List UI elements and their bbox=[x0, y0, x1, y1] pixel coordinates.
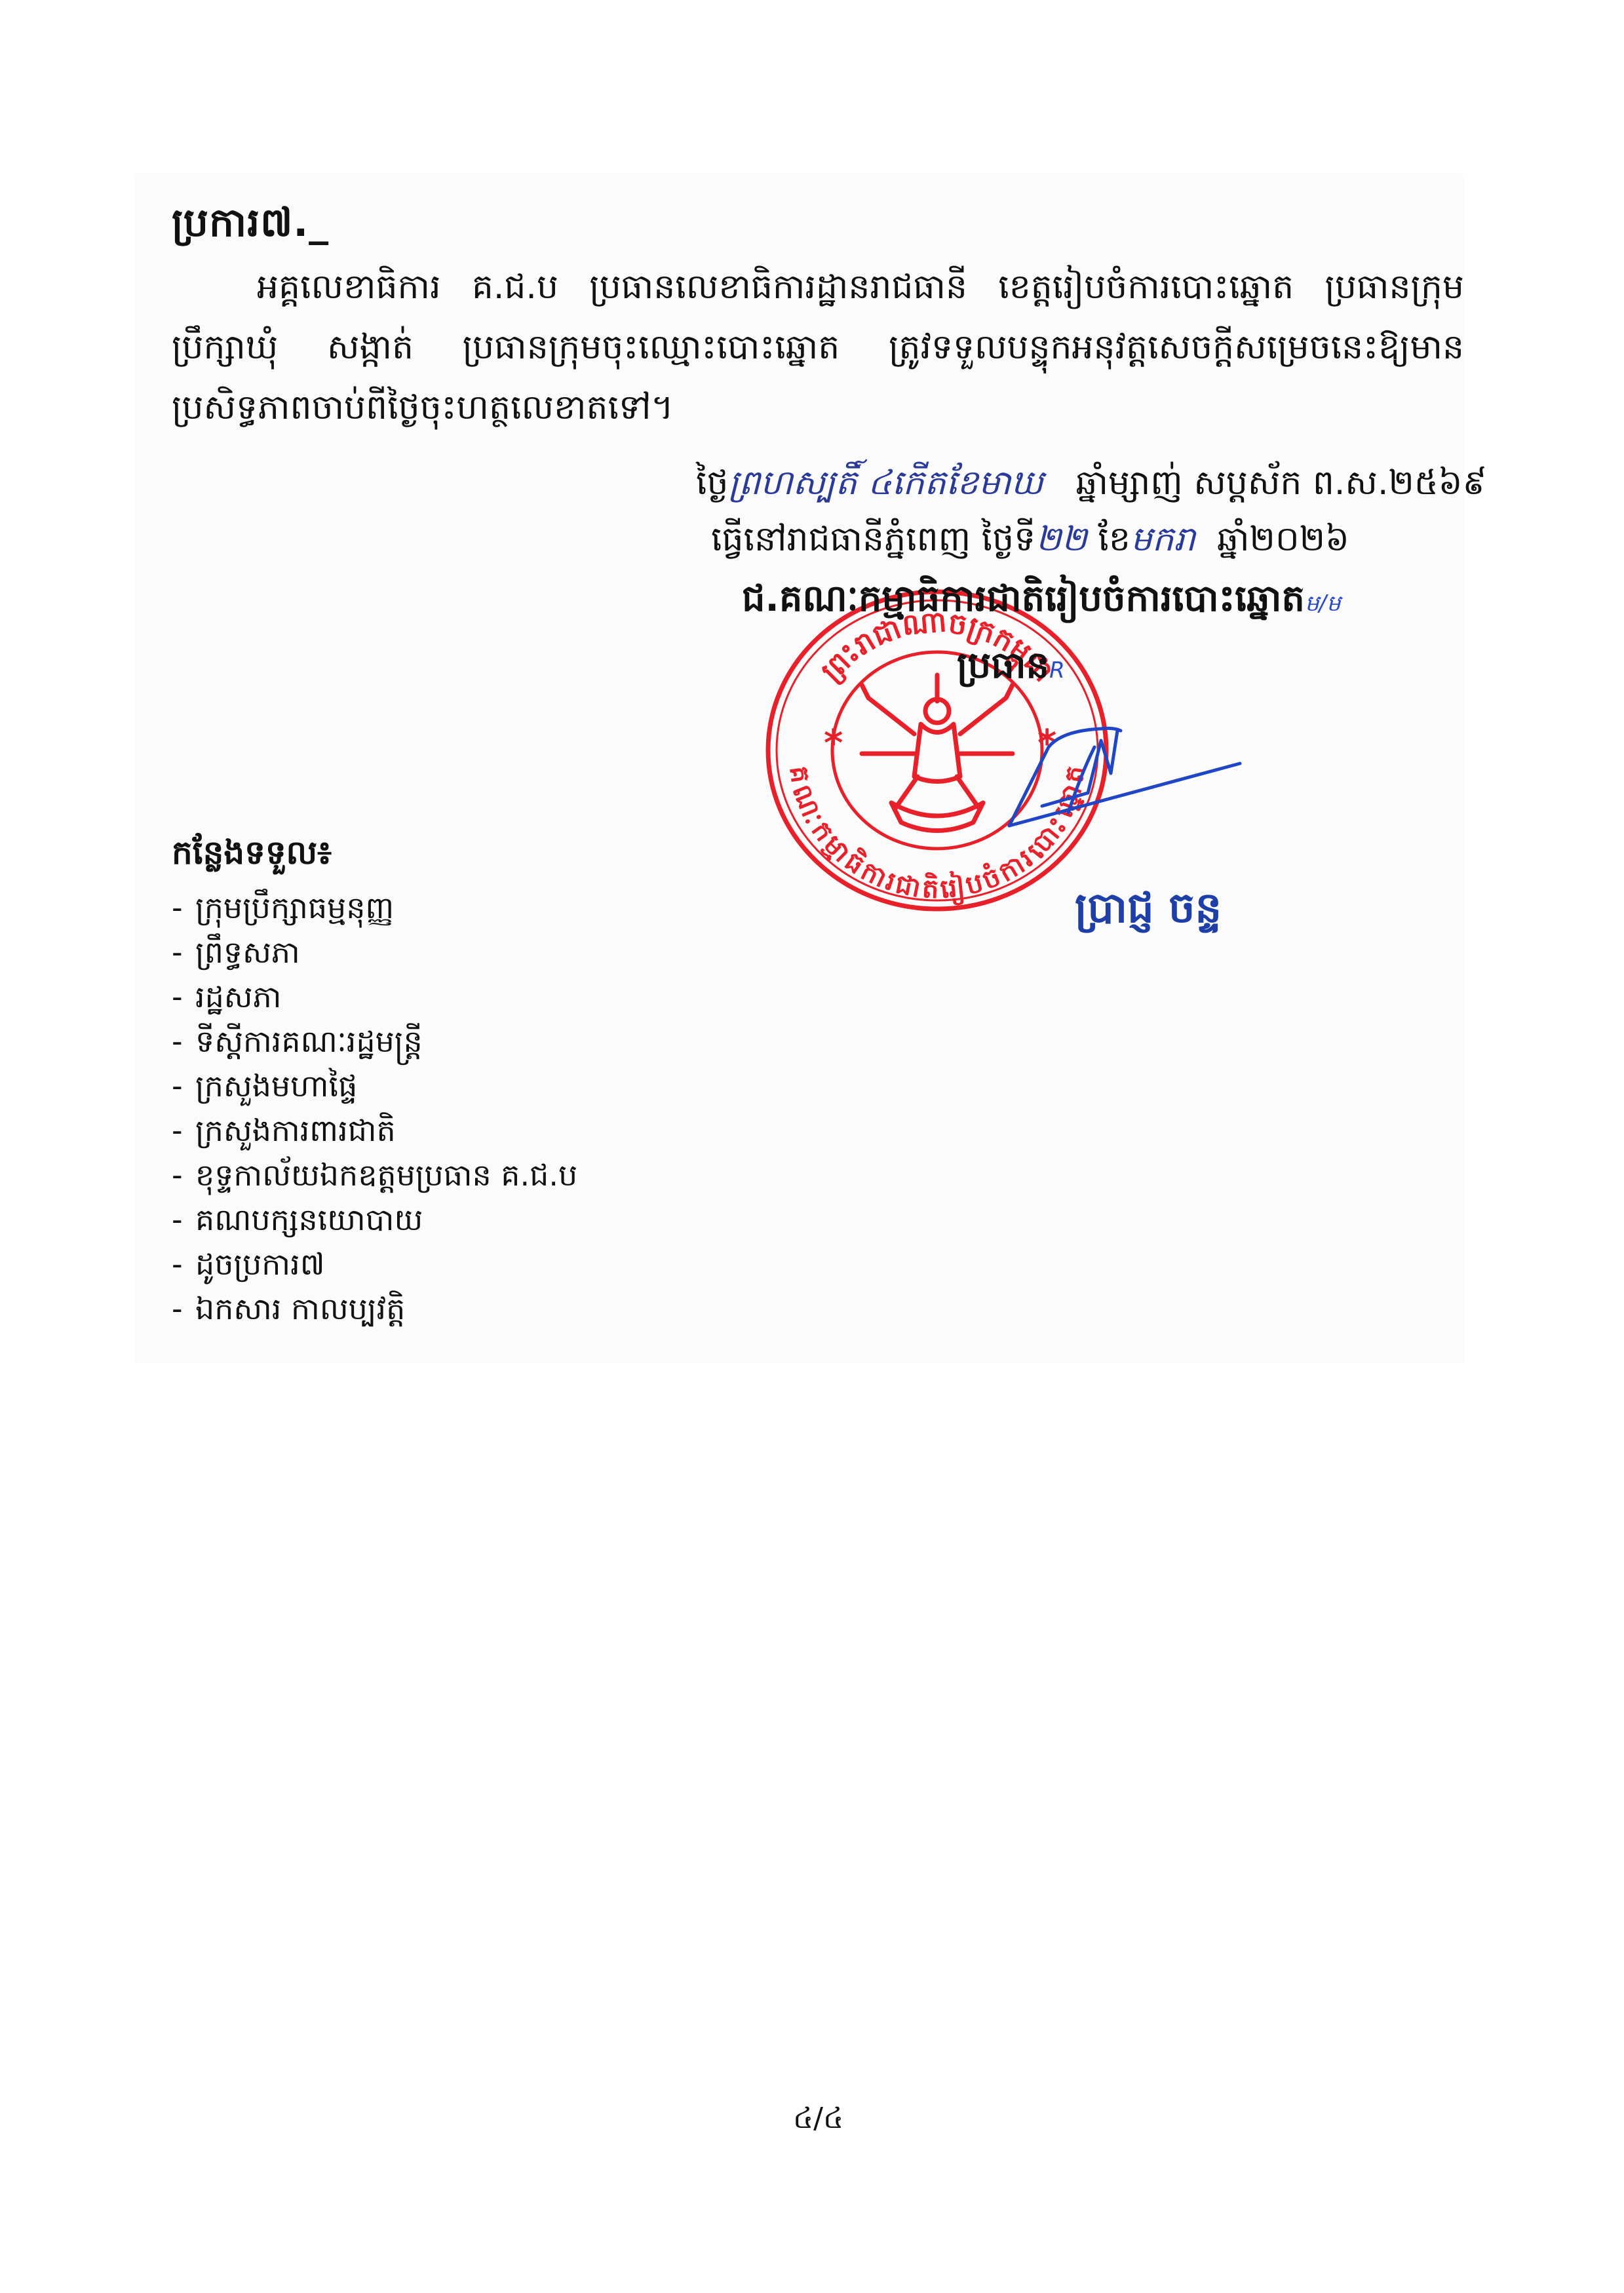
recipient-label: ក្រសួងការពារជាតិ bbox=[195, 1113, 396, 1148]
list-bullet: - bbox=[172, 1019, 195, 1064]
month-handwritten: មករា bbox=[1131, 520, 1195, 559]
place-date-line: ធ្វើនៅរាជធានីភ្នំពេញ ថ្ងៃទី២២ ខែមករា ឆ្ន… bbox=[711, 518, 1349, 568]
lunar-year: ឆ្នាំម្សាញ់ សប្តស័ក ព.ស.២៥៦៩ bbox=[1076, 463, 1487, 503]
organization-line: ជ.គណៈកម្មាធិការជាតិរៀបចំការបោះឆ្នោតម/ម bbox=[742, 575, 1341, 629]
recipient-item: -ទីស្តីការគណៈរដ្ឋមន្ត្រី bbox=[172, 1019, 577, 1064]
list-bullet: - bbox=[172, 974, 195, 1019]
recipient-item: -ក្រសួងការពារជាតិ bbox=[172, 1108, 577, 1153]
list-bullet: - bbox=[172, 1064, 195, 1108]
handwritten-signature-icon bbox=[1003, 721, 1245, 832]
list-bullet: - bbox=[172, 1153, 195, 1197]
signer-title-line: ប្រធានR bbox=[957, 642, 1065, 696]
recipients-title: កន្លែងទទួល៖ bbox=[172, 832, 577, 880]
list-bullet: - bbox=[172, 1242, 195, 1286]
recipient-item: -គណបក្សនយោបាយ bbox=[172, 1197, 577, 1242]
list-bullet: - bbox=[172, 930, 195, 974]
day-handwritten: ២២ bbox=[1035, 520, 1087, 559]
list-bullet: - bbox=[172, 1286, 195, 1331]
recipients-list: -ក្រុមប្រឹក្សាធម្មនុញ្ញ-ព្រឹទ្ធសភា-រដ្ឋស… bbox=[172, 885, 577, 1331]
section-heading: ប្រការ៧._ bbox=[172, 198, 329, 256]
place-prefix: ធ្វើនៅរាជធានីភ្នំពេញ ថ្ងៃទី bbox=[711, 520, 1035, 559]
recipient-label: ដូចប្រការ៧ bbox=[195, 1246, 324, 1282]
body-text: អគ្គលេខាធិការ គ.ជ.ប ប្រធានលេខាធិការដ្ឋាន… bbox=[172, 267, 1464, 427]
year-text: ឆ្នាំ២០២៦ bbox=[1217, 520, 1349, 559]
month-prefix: ខែ bbox=[1098, 520, 1131, 559]
recipient-item: -ឯកសារ កាលប្បវត្តិ bbox=[172, 1286, 577, 1331]
recipient-label: ខុទ្ទកាល័យឯកឧត្តមប្រធាន គ.ជ.ប bbox=[195, 1157, 577, 1193]
lunar-date-handwritten: ព្រហស្បតិ៍ ៤កើតខែមាឃ bbox=[729, 463, 1043, 503]
organization-initial: ម/ម bbox=[1305, 590, 1341, 617]
lunar-date-line: ថ្ងៃព្រហស្បតិ៍ ៤កើតខែមាឃ ឆ្នាំម្សាញ់ សប្… bbox=[696, 461, 1486, 511]
list-bullet: - bbox=[172, 1108, 195, 1153]
page-number: ៤/៤ bbox=[793, 2100, 843, 2142]
recipient-label: ឯកសារ កាលប្បវត្តិ bbox=[195, 1291, 405, 1326]
body-paragraph: អគ្គលេខាធិការ គ.ជ.ប ប្រធានលេខាធិការដ្ឋាន… bbox=[172, 257, 1464, 438]
organization-name: ជ.គណៈកម្មាធិការជាតិរៀបចំការបោះឆ្នោត bbox=[742, 577, 1305, 620]
svg-text:*: * bbox=[824, 722, 843, 765]
recipient-item: -រដ្ឋសភា bbox=[172, 974, 577, 1019]
signer-name: ប្រាជ្ញ ចន្ទ bbox=[1075, 881, 1222, 943]
recipient-label: ក្រុមប្រឹក្សាធម្មនុញ្ញ bbox=[195, 890, 394, 925]
title-initial: R bbox=[1049, 657, 1065, 684]
recipient-label: ក្រសួងមហាផ្ទៃ bbox=[195, 1068, 357, 1104]
recipient-label: ព្រឹទ្ធសភា bbox=[195, 935, 300, 970]
recipient-label: រដ្ឋសភា bbox=[195, 979, 281, 1014]
lunar-prefix: ថ្ងៃ bbox=[696, 463, 729, 503]
recipient-label: គណបក្សនយោបាយ bbox=[195, 1202, 423, 1237]
recipient-item: -ដូចប្រការ៧ bbox=[172, 1242, 577, 1286]
recipient-label: ទីស្តីការគណៈរដ្ឋមន្ត្រី bbox=[195, 1024, 423, 1059]
recipients-section: កន្លែងទទួល៖ -ក្រុមប្រឹក្សាធម្មនុញ្ញ-ព្រឹ… bbox=[172, 832, 577, 1331]
signer-title: ប្រធាន bbox=[957, 644, 1049, 687]
list-bullet: - bbox=[172, 1197, 195, 1242]
recipient-item: -ខុទ្ទកាល័យឯកឧត្តមប្រធាន គ.ជ.ប bbox=[172, 1153, 577, 1197]
list-bullet: - bbox=[172, 885, 195, 930]
recipient-item: -ក្រសួងមហាផ្ទៃ bbox=[172, 1064, 577, 1108]
recipient-item: -ក្រុមប្រឹក្សាធម្មនុញ្ញ bbox=[172, 885, 577, 930]
recipient-item: -ព្រឹទ្ធសភា bbox=[172, 930, 577, 974]
